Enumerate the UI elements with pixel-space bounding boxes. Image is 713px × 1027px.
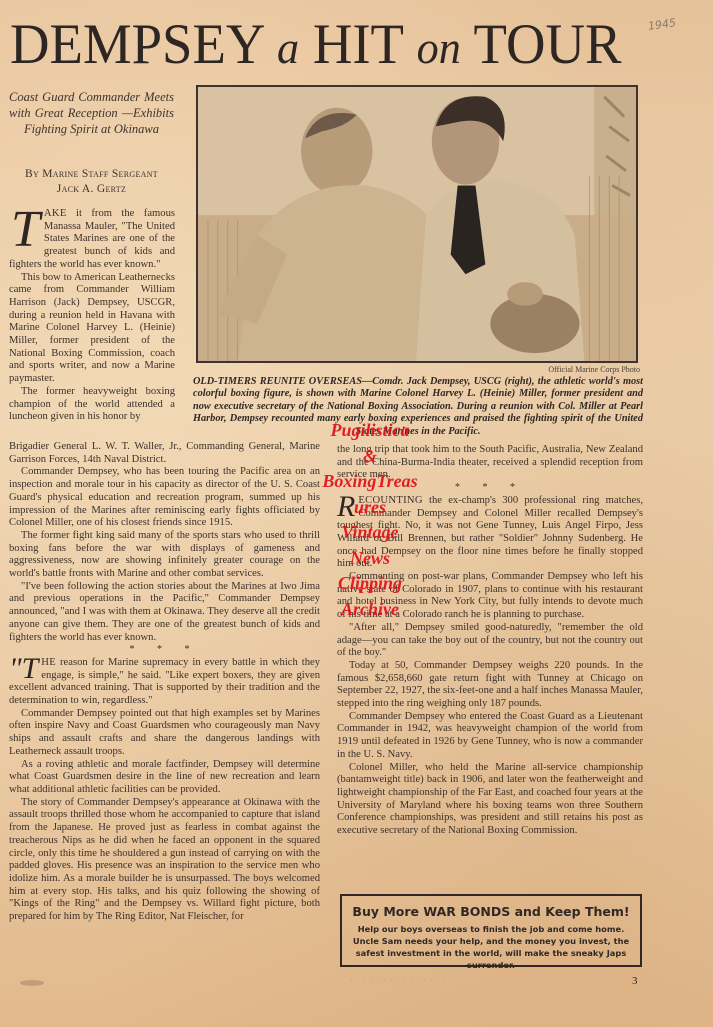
page-number: 3	[632, 975, 638, 987]
paragraph: The former heavyweight boxing champion o…	[9, 386, 175, 424]
paragraph: Commander Dempsey who entered the Coast …	[337, 711, 643, 762]
paragraph: Commander Dempsey, who has been touring …	[9, 466, 320, 530]
photo-credit: Official Marine Corps Photo	[500, 365, 640, 374]
magazine-page: DEMPSEY a HIT on TOUR 1945 Coast Guard C…	[0, 0, 713, 1027]
war-bonds-title: Buy More WAR BONDS and Keep Them!	[342, 904, 640, 919]
article-column-1: TAKE it from the famous Manassa Mauler, …	[9, 208, 175, 424]
handwritten-date: 1945	[647, 16, 677, 33]
headline-word: a	[277, 22, 299, 73]
byline: By Marine Staff Sergeant Jack A. Gertz	[9, 167, 174, 197]
paragraph: Brigadier General L. W. T. Waller, Jr., …	[9, 441, 320, 466]
paragraph: "I've been following the action stories …	[9, 581, 320, 645]
headline-word: HIT	[313, 13, 403, 76]
paragraph: Commenting on post-war plans, Commander …	[337, 571, 643, 622]
headline-word: TOUR	[474, 13, 622, 76]
photo-image	[198, 87, 636, 361]
section-separator: * * *	[9, 644, 320, 657]
ink-smudge	[20, 980, 44, 986]
paragraph: The former fight king said many of the s…	[9, 530, 320, 581]
byline-line: By Marine Staff Sergeant	[9, 167, 174, 182]
headline-word: DEMPSEY	[10, 13, 263, 76]
paragraph: "After all," Dempsey smiled good-natured…	[337, 622, 643, 660]
paragraph: Today at 50, Commander Dempsey weighs 22…	[337, 660, 643, 711]
headline: DEMPSEY a HIT on TOUR	[10, 14, 624, 79]
article-photo	[196, 85, 638, 363]
byline-author: Jack A. Gertz	[9, 182, 174, 197]
paragraph: The story of Commander Dempsey's appeara…	[9, 797, 320, 924]
drop-cap: T	[11, 210, 40, 250]
paragraph: the long trip that took him to the South…	[337, 444, 643, 482]
paragraph: TAKE it from the famous Manassa Mauler, …	[9, 208, 175, 272]
article-column-2: Brigadier General L. W. T. Waller, Jr., …	[9, 441, 320, 924]
headline-word: on	[417, 22, 461, 73]
drop-cap: R	[337, 495, 355, 519]
paragraph: Commander Dempsey pointed out that high …	[9, 708, 320, 759]
article-deck: Coast Guard Commander Meets with Great R…	[9, 89, 174, 137]
bleed-through-text: · · · · · · · · · · · · · · ·	[350, 976, 447, 985]
paragraph: RECOUNTING the ex-champ's 300 profession…	[337, 495, 643, 571]
section-separator: * * *	[337, 482, 643, 495]
paragraph: "THE reason for Marine supremacy in ever…	[9, 657, 320, 708]
paragraph: As a roving athletic and morale factfind…	[9, 759, 320, 797]
photo-caption: OLD-TIMERS REUNITE OVERSEAS—Comdr. Jack …	[193, 376, 643, 438]
article-column-3: the long trip that took him to the South…	[337, 444, 643, 838]
war-bonds-ad: Buy More WAR BONDS and Keep Them! Help o…	[340, 894, 642, 967]
caption-lead: OLD-TIMERS REUNITE OVERSEAS	[193, 376, 362, 387]
war-bonds-text: Help our boys overseas to finish the job…	[342, 923, 640, 971]
paragraph: This bow to American Leathernecks came f…	[9, 272, 175, 386]
drop-cap: "T	[9, 657, 38, 681]
paragraph: Colonel Miller, who held the Marine all-…	[337, 762, 643, 838]
